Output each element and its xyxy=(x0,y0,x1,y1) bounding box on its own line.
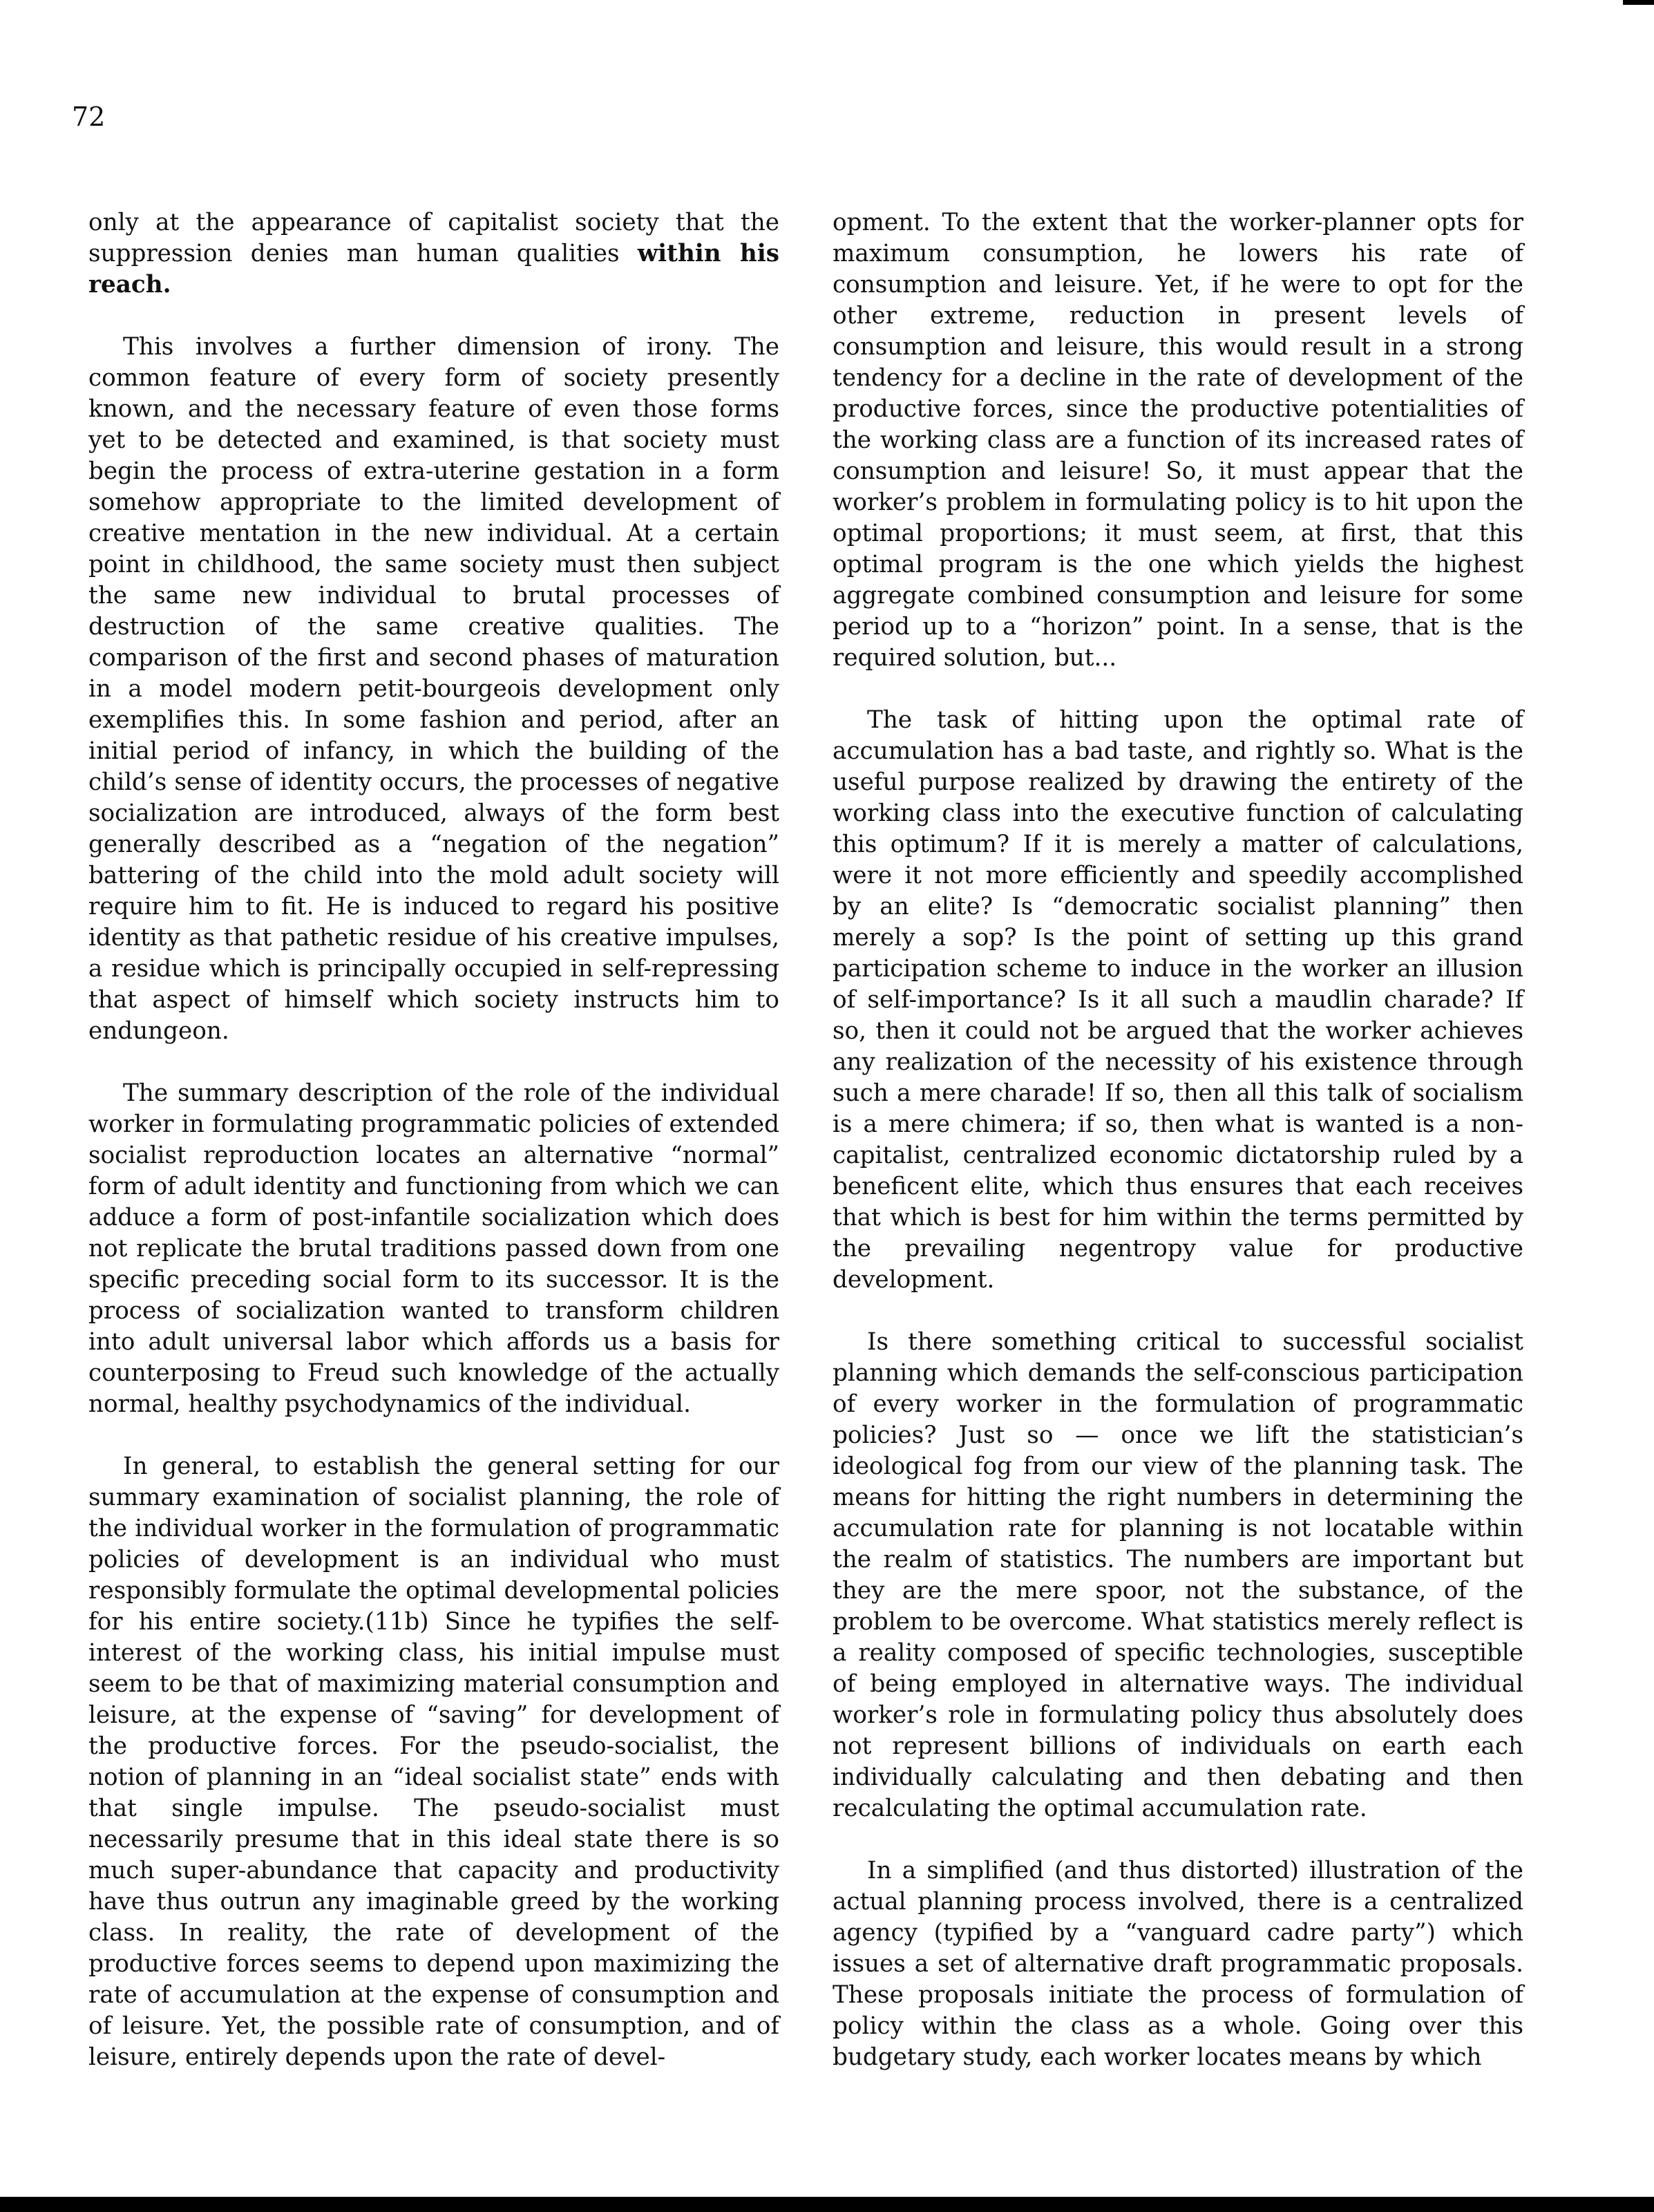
paragraph-irony: This involves a further dimension of iro… xyxy=(88,332,779,1047)
paragraph-general-setting: In general, to establish the general set… xyxy=(88,1451,779,2073)
paragraph-continuation: only at the appearance of capitalist soc… xyxy=(88,207,779,301)
paragraph-summary-description: The summary description of the role of t… xyxy=(88,1078,779,1420)
paragraph-continuation-opment: opment. To the extent that the worker-pl… xyxy=(833,207,1523,674)
paragraph-optimal-rate: The task of hitting upon the optimal rat… xyxy=(833,705,1523,1296)
right-column: opment. To the extent that the worker-pl… xyxy=(833,207,1523,2104)
paragraph-simplified-illustration: In a simplified (and thus distorted) ill… xyxy=(833,1855,1523,2073)
scan-corner-mark xyxy=(1623,0,1654,5)
left-column: only at the appearance of capitalist soc… xyxy=(88,207,779,2104)
scan-bottom-edge xyxy=(0,2197,1654,2212)
paragraph-critical-participation: Is there something critical to successfu… xyxy=(833,1327,1523,1824)
page-number: 72 xyxy=(72,104,105,130)
